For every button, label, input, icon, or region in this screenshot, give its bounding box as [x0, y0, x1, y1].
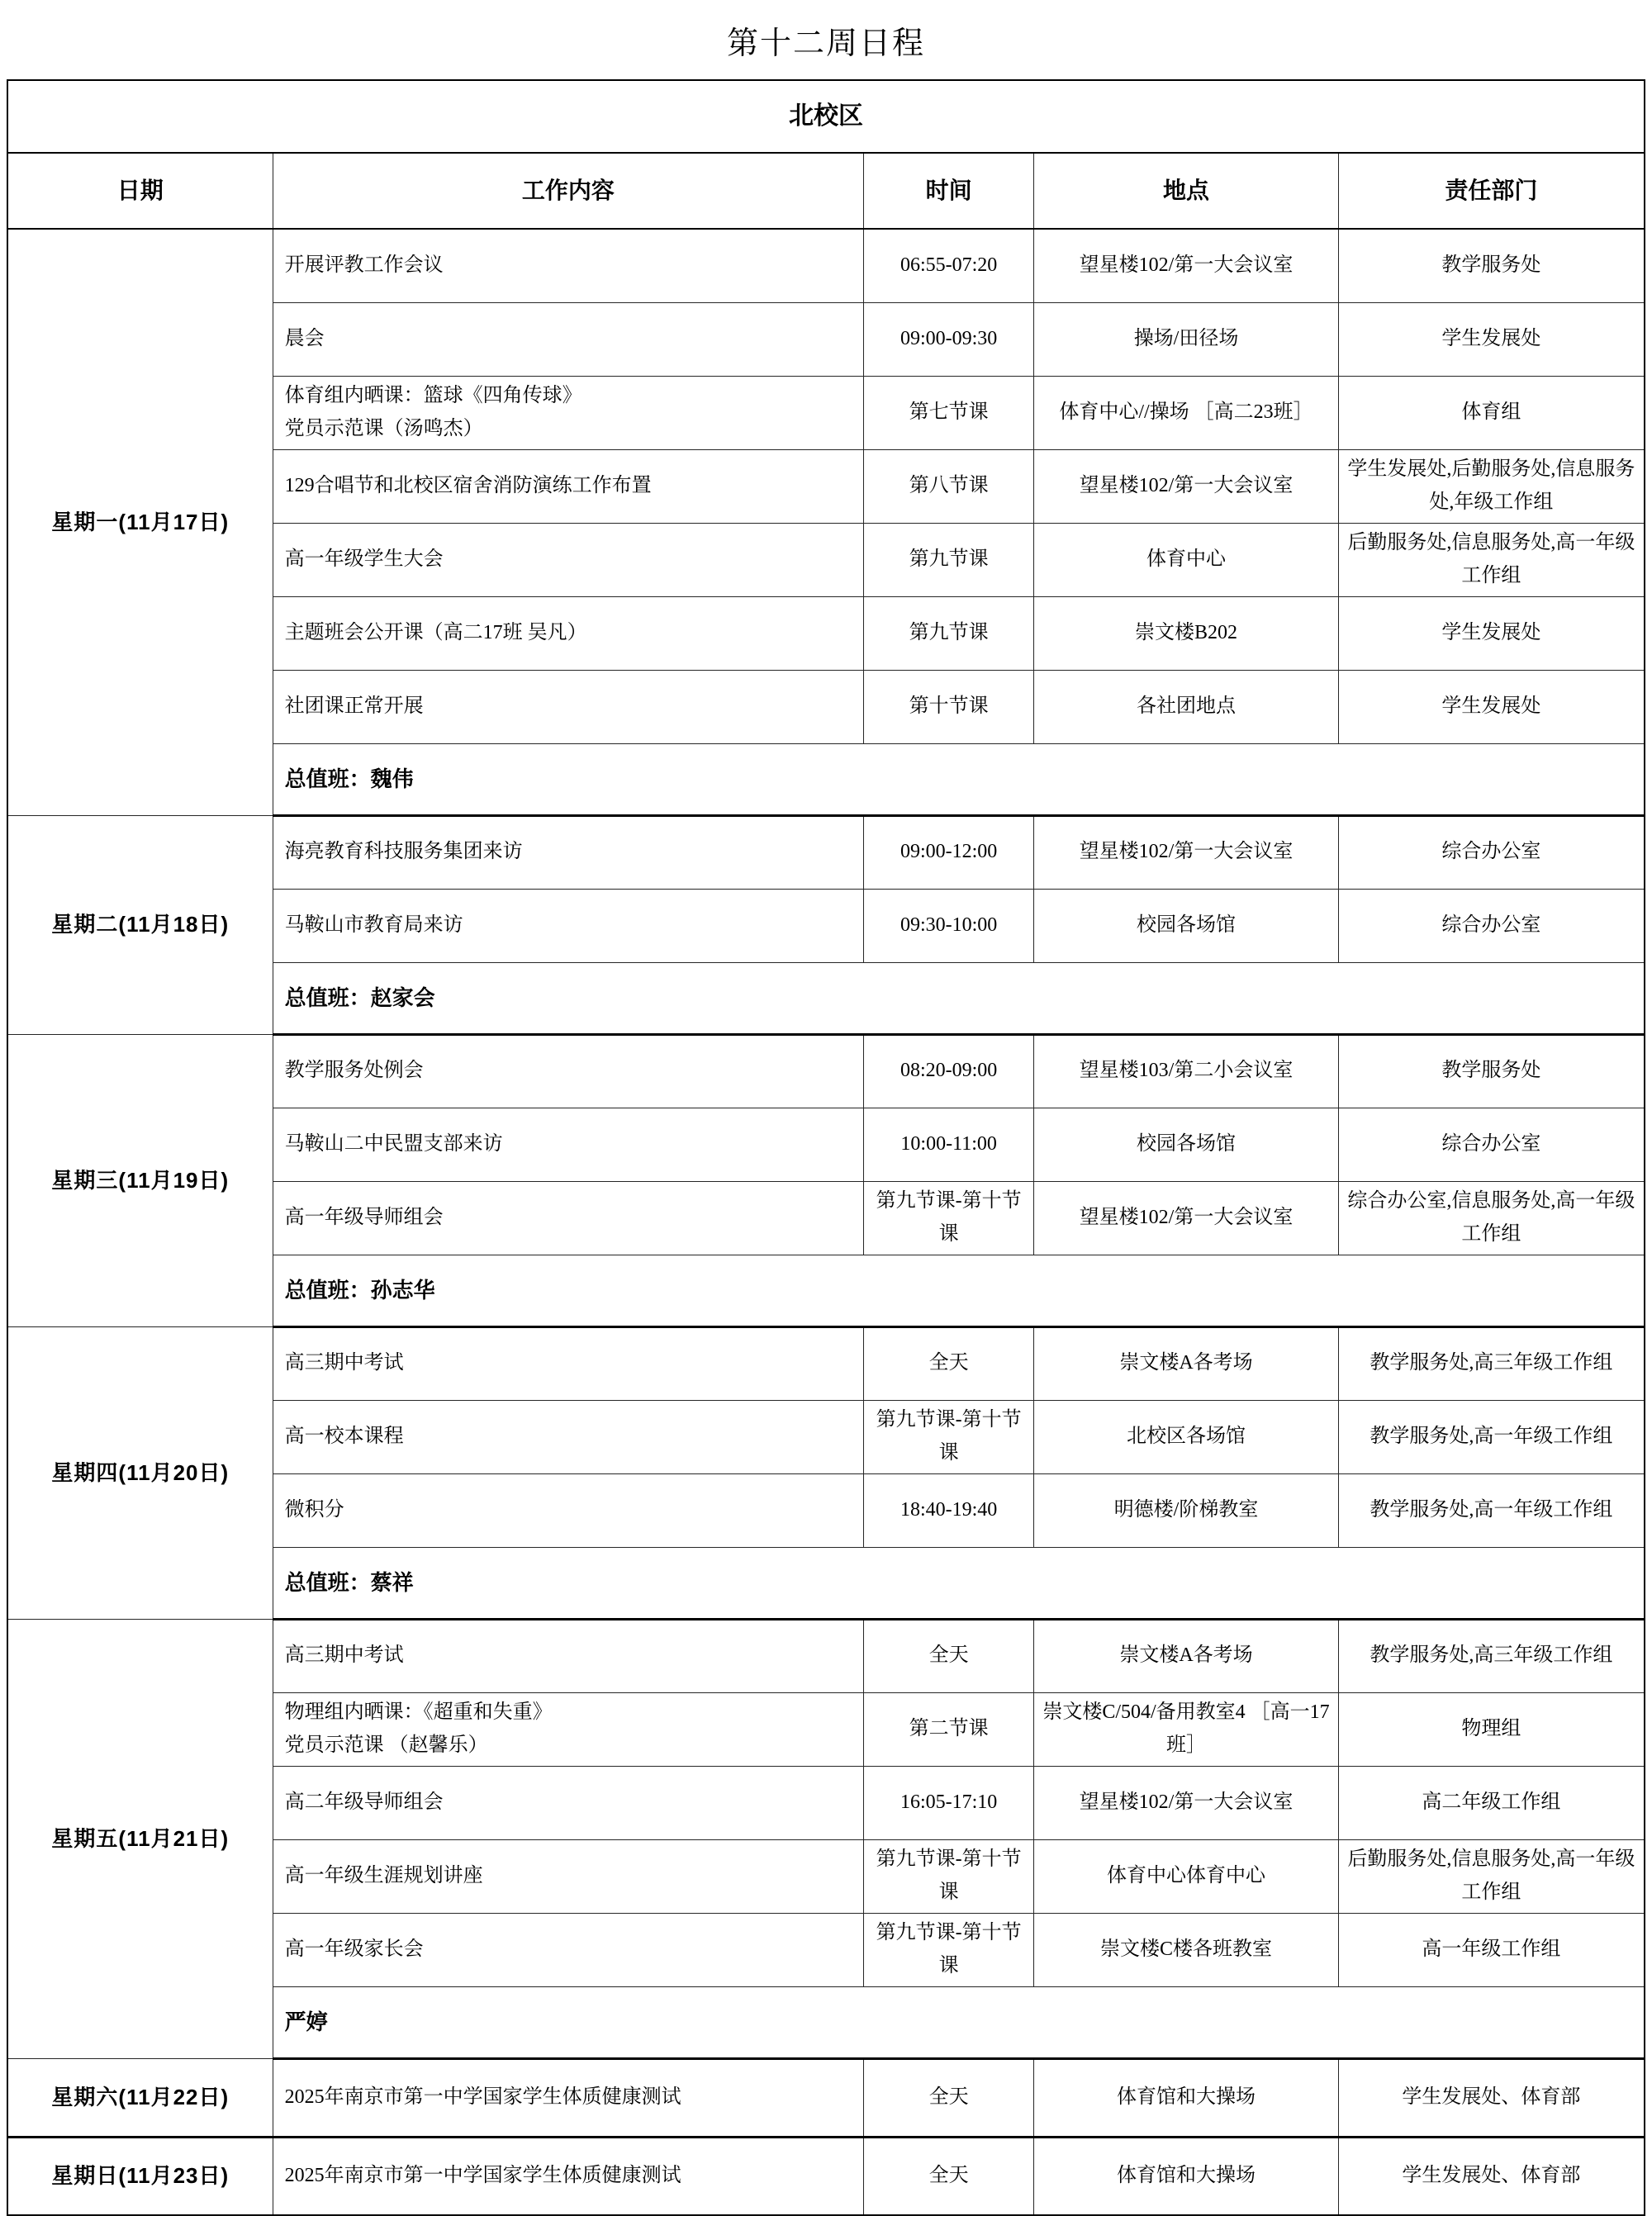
duty-cell: 总值班：孙志华 [273, 1255, 1645, 1326]
date-cell-friday: 星期五(11月21日) [7, 1619, 273, 2058]
activity-dept: 后勤服务处,信息服务处,高一年级工作组 [1338, 1839, 1645, 1913]
date-cell-thursday: 星期四(11月20日) [7, 1326, 273, 1619]
activity-dept: 综合办公室 [1338, 889, 1645, 962]
activity-location: 体育馆和大操场 [1034, 2137, 1339, 2215]
activity-location: 体育中心 [1034, 523, 1339, 596]
activity-location: 崇文楼C楼各班教室 [1034, 1913, 1339, 1986]
day-block-sunday: 星期日(11月23日) 2025年南京市第一中学国家学生体质健康测试 全天 体育… [7, 2137, 1645, 2215]
activity-content: 高二年级导师组会 [273, 1766, 864, 1839]
activity-content: 海亮教育科技服务集团来访 [273, 815, 864, 889]
activity-dept: 学生发展处 [1338, 670, 1645, 743]
activity-location: 北校区各场馆 [1034, 1400, 1339, 1473]
date-cell-tuesday: 星期二(11月18日) [7, 815, 273, 1034]
activity-location: 明德楼/阶梯教室 [1034, 1473, 1339, 1547]
activity-location: 体育中心体育中心 [1034, 1839, 1339, 1913]
activity-location: 校园各场馆 [1034, 1108, 1339, 1181]
activity-dept: 综合办公室,信息服务处,高一年级工作组 [1338, 1181, 1645, 1255]
day-block-tuesday: 星期二(11月18日) 海亮教育科技服务集团来访 09:00-12:00 望星楼… [7, 815, 1645, 1034]
activity-time: 第九节课-第十节课 [864, 1839, 1034, 1913]
day-block-saturday: 星期六(11月22日) 2025年南京市第一中学国家学生体质健康测试 全天 体育… [7, 2058, 1645, 2137]
activity-location: 操场/田径场 [1034, 302, 1339, 376]
activity-content: 开展评教工作会议 [273, 229, 864, 302]
activity-location: 崇文楼A各考场 [1034, 1326, 1339, 1400]
day-block-wednesday: 星期三(11月19日) 教学服务处例会 08:20-09:00 望星楼103/第… [7, 1034, 1645, 1326]
col-header-content: 工作内容 [273, 153, 864, 229]
activity-dept: 学生发展处、体育部 [1338, 2058, 1645, 2137]
activity-time: 全天 [864, 1326, 1034, 1400]
activity-content: 高三期中考试 [273, 1619, 864, 1692]
activity-location: 体育中心//操场 ［高二23班］ [1034, 376, 1339, 449]
activity-content: 高一年级家长会 [273, 1913, 864, 1986]
activity-time: 全天 [864, 1619, 1034, 1692]
activity-content: 2025年南京市第一中学国家学生体质健康测试 [273, 2137, 864, 2215]
activity-content: 129合唱节和北校区宿舍消防演练工作布置 [273, 449, 864, 523]
activity-time: 09:30-10:00 [864, 889, 1034, 962]
activity-dept: 教学服务处,高一年级工作组 [1338, 1400, 1645, 1473]
activity-time: 第九节课 [864, 523, 1034, 596]
activity-content: 微积分 [273, 1473, 864, 1547]
duty-cell: 总值班：蔡祥 [273, 1547, 1645, 1619]
col-header-dept: 责任部门 [1338, 153, 1645, 229]
activity-time: 16:05-17:10 [864, 1766, 1034, 1839]
duty-cell: 总值班：魏伟 [273, 743, 1645, 815]
col-header-date: 日期 [7, 153, 273, 229]
activity-dept: 教学服务处 [1338, 1034, 1645, 1108]
activity-time: 08:20-09:00 [864, 1034, 1034, 1108]
activity-time: 09:00-09:30 [864, 302, 1034, 376]
activity-location: 崇文楼B202 [1034, 596, 1339, 670]
activity-dept: 教学服务处,高一年级工作组 [1338, 1473, 1645, 1547]
duty-cell: 总值班：赵家会 [273, 962, 1645, 1034]
activity-time: 第九节课-第十节课 [864, 1181, 1034, 1255]
day-block-friday: 星期五(11月21日) 高三期中考试 全天 崇文楼A各考场 教学服务处,高三年级… [7, 1619, 1645, 2058]
activity-dept: 教学服务处 [1338, 229, 1645, 302]
activity-location: 望星楼102/第一大会议室 [1034, 229, 1339, 302]
activity-time: 第八节课 [864, 449, 1034, 523]
activity-time: 全天 [864, 2058, 1034, 2137]
activity-location: 崇文楼C/504/备用教室4 ［高一17班］ [1034, 1692, 1339, 1766]
activity-content: 高一年级生涯规划讲座 [273, 1839, 864, 1913]
activity-time: 10:00-11:00 [864, 1108, 1034, 1181]
schedule-table: 北校区 日期 工作内容 时间 地点 责任部门 星期一(11月17日) 开展评教工… [7, 79, 1645, 2216]
activity-location: 崇文楼A各考场 [1034, 1619, 1339, 1692]
activity-content: 高一年级导师组会 [273, 1181, 864, 1255]
activity-location: 校园各场馆 [1034, 889, 1339, 962]
activity-dept: 物理组 [1338, 1692, 1645, 1766]
activity-time: 全天 [864, 2137, 1034, 2215]
day-block-thursday: 星期四(11月20日) 高三期中考试 全天 崇文楼A各考场 教学服务处,高三年级… [7, 1326, 1645, 1619]
date-cell-saturday: 星期六(11月22日) [7, 2058, 273, 2137]
activity-location: 望星楼102/第一大会议室 [1034, 815, 1339, 889]
activity-content: 马鞍山市教育局来访 [273, 889, 864, 962]
schedule-sheet: 第十二周日程 北校区 日期 工作内容 时间 地点 责任部门 星期一(11月17日… [7, 0, 1645, 2216]
activity-dept: 高一年级工作组 [1338, 1913, 1645, 1986]
activity-dept: 教学服务处,高三年级工作组 [1338, 1619, 1645, 1692]
activity-content: 教学服务处例会 [273, 1034, 864, 1108]
campus-banner: 北校区 [7, 80, 1645, 153]
activity-time: 第二节课 [864, 1692, 1034, 1766]
date-cell-wednesday: 星期三(11月19日) [7, 1034, 273, 1326]
activity-content: 晨会 [273, 302, 864, 376]
activity-time: 第十节课 [864, 670, 1034, 743]
activity-time: 第九节课-第十节课 [864, 1913, 1034, 1986]
activity-content: 2025年南京市第一中学国家学生体质健康测试 [273, 2058, 864, 2137]
activity-location: 望星楼102/第一大会议室 [1034, 449, 1339, 523]
activity-dept: 学生发展处,后勤服务处,信息服务处,年级工作组 [1338, 449, 1645, 523]
day-block-monday: 星期一(11月17日) 开展评教工作会议 06:55-07:20 望星楼102/… [7, 229, 1645, 815]
activity-dept: 学生发展处、体育部 [1338, 2137, 1645, 2215]
col-header-location: 地点 [1034, 153, 1339, 229]
activity-time: 第九节课 [864, 596, 1034, 670]
activity-dept: 教学服务处,高三年级工作组 [1338, 1326, 1645, 1400]
activity-location: 望星楼102/第一大会议室 [1034, 1181, 1339, 1255]
col-header-time: 时间 [864, 153, 1034, 229]
activity-time: 06:55-07:20 [864, 229, 1034, 302]
activity-time: 第九节课-第十节课 [864, 1400, 1034, 1473]
activity-time: 18:40-19:40 [864, 1473, 1034, 1547]
activity-content: 体育组内晒课：篮球《四角传球》 党员示范课（汤鸣杰） [273, 376, 864, 449]
activity-content: 社团课正常开展 [273, 670, 864, 743]
activity-dept: 综合办公室 [1338, 1108, 1645, 1181]
activity-time: 09:00-12:00 [864, 815, 1034, 889]
activity-time: 第七节课 [864, 376, 1034, 449]
page-title: 第十二周日程 [7, 0, 1645, 79]
activity-content: 高三期中考试 [273, 1326, 864, 1400]
date-cell-sunday: 星期日(11月23日) [7, 2137, 273, 2215]
activity-location: 各社团地点 [1034, 670, 1339, 743]
activity-dept: 高二年级工作组 [1338, 1766, 1645, 1839]
activity-location: 望星楼102/第一大会议室 [1034, 1766, 1339, 1839]
date-cell-monday: 星期一(11月17日) [7, 229, 273, 815]
activity-location: 体育馆和大操场 [1034, 2058, 1339, 2137]
activity-content: 马鞍山二中民盟支部来访 [273, 1108, 864, 1181]
activity-content: 高一校本课程 [273, 1400, 864, 1473]
activity-content: 高一年级学生大会 [273, 523, 864, 596]
activity-dept: 后勤服务处,信息服务处,高一年级工作组 [1338, 523, 1645, 596]
activity-dept: 体育组 [1338, 376, 1645, 449]
activity-location: 望星楼103/第二小会议室 [1034, 1034, 1339, 1108]
table-head-section: 北校区 日期 工作内容 时间 地点 责任部门 [7, 80, 1645, 229]
activity-dept: 综合办公室 [1338, 815, 1645, 889]
activity-content: 主题班会公开课（高二17班 吴凡） [273, 596, 864, 670]
duty-cell: 严婷 [273, 1986, 1645, 2058]
activity-dept: 学生发展处 [1338, 596, 1645, 670]
activity-content: 物理组内晒课：《超重和失重》 党员示范课 （赵馨乐） [273, 1692, 864, 1766]
activity-dept: 学生发展处 [1338, 302, 1645, 376]
